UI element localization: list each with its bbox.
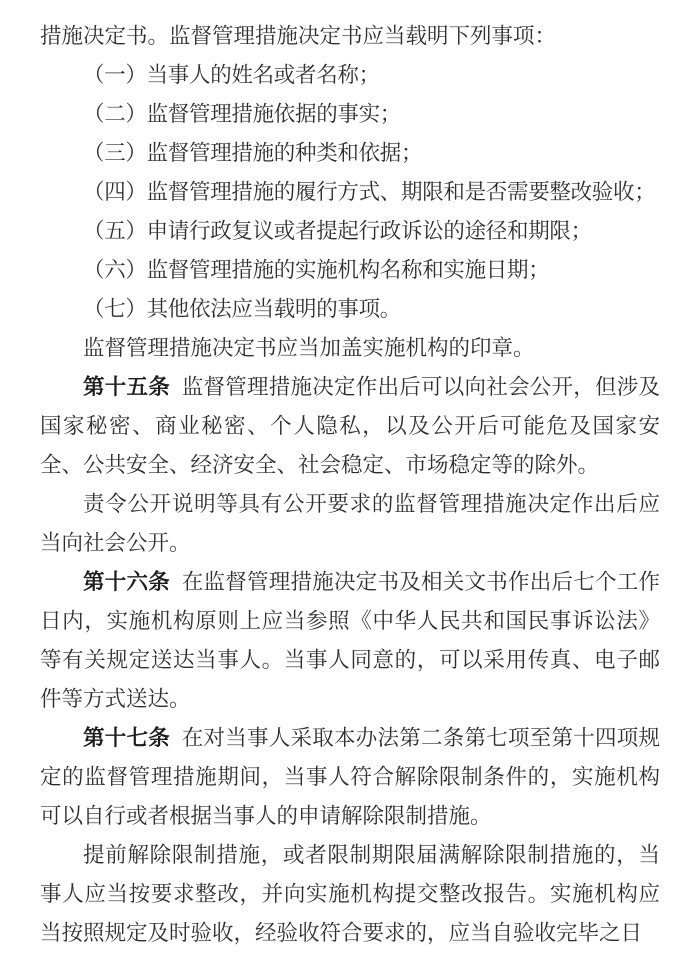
list-item-7: （七）其他依法应当载明的事项。 — [40, 290, 660, 329]
paragraph-seal-note: 监督管理措施决定书应当加盖实施机构的印章。 — [40, 329, 660, 368]
article-16-number: 第十六条 — [83, 570, 170, 594]
article-15-paragraph: 第十五条监督管理措施决定作出后可以向社会公开，但涉及国家秘密、商业秘密、个人隐私… — [40, 368, 660, 485]
article-17-paragraph: 第十七条在对当事人采取本办法第二条第七项至第十四项规定的监督管理措施期间，当事人… — [40, 719, 660, 836]
paragraph-intro: 措施决定书。监督管理措施决定书应当载明下列事项： — [40, 17, 660, 56]
list-item-2: （二）监督管理措施依据的事实； — [40, 95, 660, 134]
paragraph-public-disclosure: 责令公开说明等具有公开要求的监督管理措施决定作出后应当向社会公开。 — [40, 485, 660, 563]
list-item-1: （一）当事人的姓名或者名称； — [40, 56, 660, 95]
list-item-5: （五）申请行政复议或者提起行政诉讼的途径和期限； — [40, 212, 660, 251]
paragraph-lifting-restrictions: 提前解除限制措施，或者限制期限届满解除限制措施的，当事人应当按要求整改，并向实施… — [40, 836, 660, 953]
list-item-3: （三）监督管理措施的种类和依据； — [40, 134, 660, 173]
list-item-4: （四）监督管理措施的履行方式、期限和是否需要整改验收； — [40, 173, 660, 212]
article-15-number: 第十五条 — [83, 375, 170, 399]
article-16-paragraph: 第十六条在监督管理措施决定书及相关文书作出后七个工作日内，实施机构原则上应当参照… — [40, 563, 660, 719]
document-page: 措施决定书。监督管理措施决定书应当载明下列事项： （一）当事人的姓名或者名称； … — [0, 0, 699, 966]
article-17-number: 第十七条 — [83, 726, 170, 750]
list-item-6: （六）监督管理措施的实施机构名称和实施日期； — [40, 251, 660, 290]
